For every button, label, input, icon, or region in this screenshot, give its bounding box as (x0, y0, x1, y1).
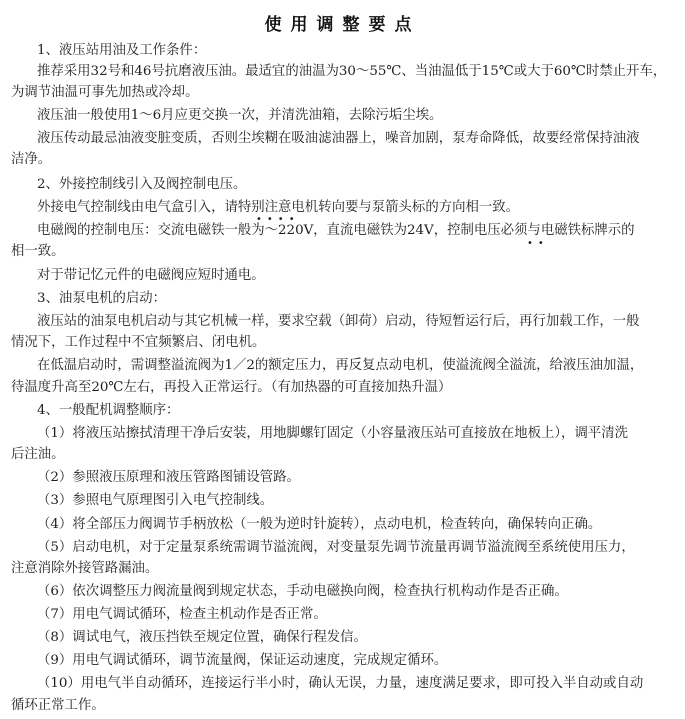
section-4-heading: 4、一般配机调整顺序： (37, 402, 179, 420)
paragraph-line: 情况下，工作过程中不宜频繁启、闭电机。 (11, 334, 265, 352)
paragraph-line: 对于带记忆元件的电磁阀应短时通电。 (37, 267, 265, 285)
paragraph-line: 为调节油温可事先加热或冷却。 (11, 84, 198, 102)
paragraph-line: 液压油一般使用1～6月应更交换一次，并清洗油箱，去除污垢尘埃。 (37, 107, 442, 125)
step-6: （6）依次调整压力阀流量阀到规定状态，手动电磁换向阀，检查执行机构动作是否正确。 (37, 583, 568, 601)
emphasis-dots: •• (527, 239, 549, 249)
step-1: （1）将液压站擦拭清理干净后安装，用地脚螺钉固定（小容量液压站可直接放在地板上）… (37, 425, 628, 443)
step-3: （3）参照电气原理图引入电气控制线。 (37, 492, 273, 510)
section-3-heading: 3、油泵电机的启动： (37, 290, 166, 308)
step-10-cont: 循环正常工作。 (11, 697, 105, 715)
paragraph-line: 洁净。 (11, 151, 51, 169)
paragraph-line: 液压传动最忌油液变脏变质，否则尘埃糊在吸油滤油器上，噪音加剧，泵寿命降低，故要经… (37, 130, 640, 148)
step-2: （2）参照液压原理和液压管路图铺设管路。 (37, 469, 300, 487)
step-9: （9）用电气调试循环，调节流量阀，保证运动速度，完成规定循环。 (37, 652, 447, 670)
section-2-heading: 2、外接控制线引入及阀控制电压。 (37, 176, 246, 194)
step-5: （5）启动电机，对于定量泵系统需调节溢流阀，对变量泵先调节流量再调节溢流阀至系统… (37, 539, 635, 557)
section-1-heading: 1、液压站用油及工作条件： (37, 42, 206, 60)
paragraph-line: 相一致。 (11, 243, 65, 261)
step-5-cont: 注意消除外接管路漏油。 (11, 560, 158, 578)
paragraph-line: 在低温启动时，需调整溢流阀为1／2的额定压力，再反复点动电机，使溢流阀全溢流，给… (37, 357, 643, 375)
page-title: 使用调整要点 (0, 10, 685, 35)
document-page: 使用调整要点 1、液压站用油及工作条件： 推荐采用32号和46号抗磨液压油。最适… (0, 0, 685, 719)
paragraph-line: 待温度升高至20℃左右，再投入正常运行。（有加热器的可直接加热升温） (11, 379, 451, 397)
step-10: （10）用电气半自动循环，连接运行半小时，确认无误，力量，速度满足要求，即可投入… (37, 675, 643, 693)
step-4: （4）将全部压力阀调节手柄放松（一般为逆时针旋转），点动电机，检查转向，确保转向… (37, 516, 601, 534)
step-7: （7）用电气调试循环，检查主机动作是否正常。 (37, 606, 327, 624)
step-8: （8）调试电气，液压挡铁至规定位置，确保行程发信。 (37, 629, 367, 647)
paragraph-line: 推荐采用32号和46号抗磨液压油。最适宜的油温为30～55℃、当油温低于15℃或… (37, 63, 666, 81)
step-1-cont: 后注油。 (11, 446, 65, 464)
paragraph-line: 液压站的油泵电机启动与其它机械一样，要求空载（卸荷）启动，待短暂运行后，再行加载… (37, 313, 640, 331)
